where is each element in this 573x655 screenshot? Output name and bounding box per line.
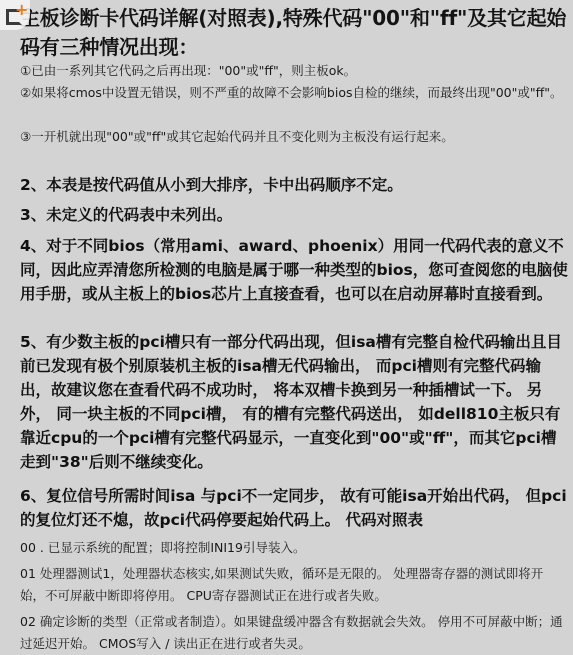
note-4: 4、对于不同bios（常用ami、award、phoenix）用同一代码代表的意… xyxy=(20,234,570,306)
note-5: 5、有少数主板的pci槽只有一部分代码出现，但isa槽有完整自检代码输出且目前已… xyxy=(20,330,570,474)
code-02: 02 确定诊断的类型（正常或者制造）。如果键盘缓冲器含有数据就会失效。 停用不可… xyxy=(20,611,565,655)
case-2: ②如果将cmos中设置无错误，则不严重的故障不会影响bios自检的继续，而最终出… xyxy=(20,82,565,104)
article-title: 主板诊断卡代码详解(对照表),特殊代码"00"和"ff"及其它起始码有三种情况出… xyxy=(20,4,570,62)
case-1: ①已由一系列其它代码之后再出现："00"或"ff"，则主板ok。 xyxy=(20,60,565,82)
case-3: ③一开机就出现"00"或"ff"或其它起始代码并且不变化则为主板没有运行起来。 xyxy=(20,126,565,148)
code-00: 00 . 已显示系统的配置；即将控制INI19引导装入。 xyxy=(20,537,565,559)
code-01: 01 处理器测试1，处理器状态核实,如果测试失败，循环是无限的。 处理器寄存器的… xyxy=(20,563,565,607)
note-2: 2、本表是按代码值从小到大排序，卡中出码顺序不定。 xyxy=(20,173,570,197)
note-6: 6、复位信号所需时间isa 与pci不一定同步， 故有可能isa开始出代码， 但… xyxy=(20,484,570,532)
plus-icon: + xyxy=(15,2,28,18)
note-3: 3、未定义的代码表中未列出。 xyxy=(20,203,570,227)
add-to-collection-button[interactable]: + xyxy=(0,0,30,30)
